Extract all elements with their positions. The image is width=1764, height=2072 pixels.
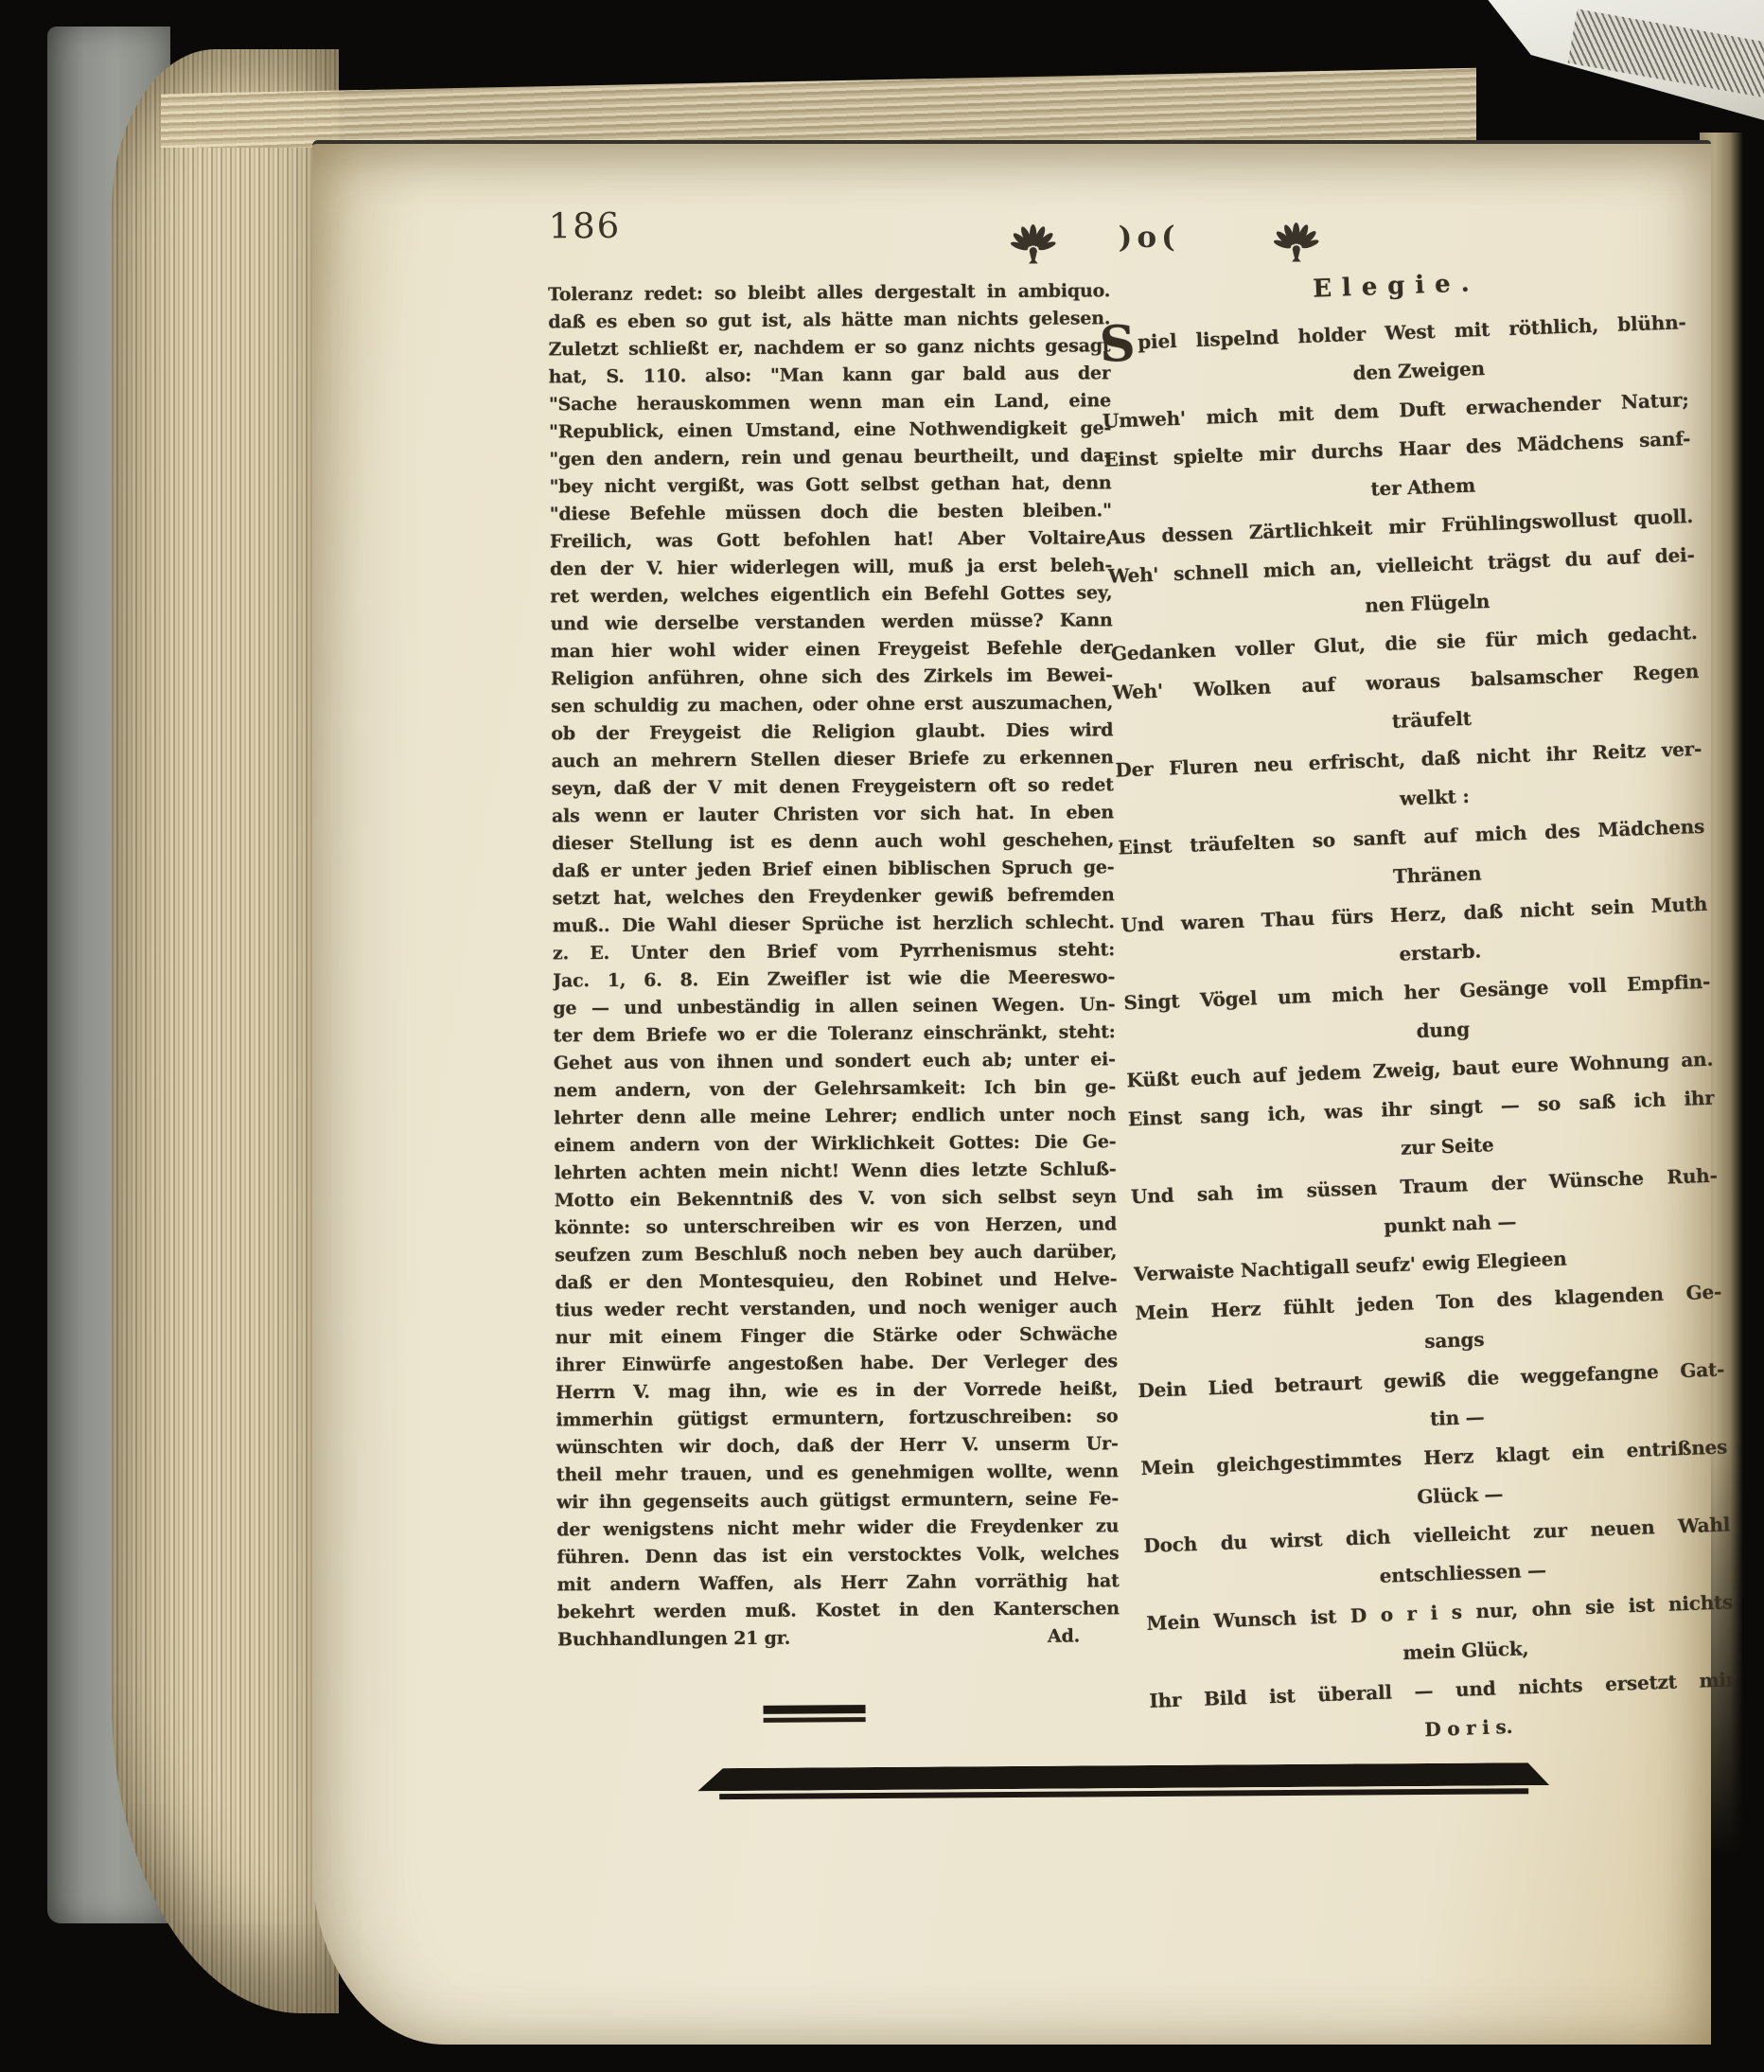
text-line: und wie derselbe verstanden werden müsse… (550, 607, 1112, 638)
page-stack-left-edge (112, 49, 339, 2013)
text-line: lehrter denn alle meine Lehrer; endlich … (554, 1101, 1116, 1132)
text-line: "gen den andern, rein und genau beurthei… (549, 442, 1111, 473)
closing-line: Buchhandlungen 21 gr. Ad. (557, 1622, 1120, 1654)
poem-line-text: ter Athem (1370, 473, 1475, 500)
text-line: Herrn V. mag ihn, wie es in der Vorrede … (556, 1375, 1118, 1407)
poem-column: Elegie. Spiel lispelnd holder West mit r… (1097, 254, 1738, 1760)
text-line: Zuletzt schließt er, nachdem er so ganz … (548, 332, 1110, 363)
text-line: lehrten achten mein nicht! Wenn dies let… (555, 1156, 1117, 1187)
text-line: Gehet aus von ihnen und sondert euch ab;… (554, 1046, 1116, 1077)
text-line: tius weder recht verstanden, und noch we… (556, 1293, 1118, 1324)
facing-page-corner (1457, 0, 1764, 131)
text-line: führen. Denn das ist ein verstocktes Vol… (556, 1540, 1119, 1571)
poem-line-text: sangs (1424, 1328, 1485, 1353)
text-line: muß.. Die Wahl dieser Sprüche ist herzli… (553, 909, 1115, 940)
text-line: "Republick, einen Umstand, eine Nothwend… (549, 415, 1111, 446)
text-line: nem andern, von der Gelehrsamkeit: Ich b… (554, 1073, 1116, 1105)
review-text-column: Toleranz redet: so bleibt alles dergesta… (548, 277, 1120, 1654)
text-line: daß es eben so gut ist, als hätte man ni… (548, 305, 1110, 336)
shell-ornament-icon (1274, 218, 1319, 265)
poem-line-text: mein Glück, (1402, 1637, 1529, 1664)
text-line: seyn, daß der V mit denen Freygeistern o… (552, 771, 1114, 803)
text-line: nur mit einem Finger die Stärke oder Sch… (556, 1320, 1118, 1352)
text-line: man hier wohl wider einen Freygeist Befe… (551, 634, 1113, 665)
closing-text: Buchhandlungen 21 gr. (557, 1625, 790, 1655)
text-line: z. E. Unter den Brief vom Pyrrhenismus s… (553, 936, 1115, 967)
text-line: theil mehr trauen, und es genehmigen wol… (556, 1458, 1119, 1489)
text-line: sen schuldig zu machen, oder ohne erst a… (551, 689, 1113, 720)
poem-line-text: punkt nah — (1384, 1210, 1517, 1237)
text-line: ter dem Briefe wo er die Toleranz einsch… (553, 1018, 1115, 1050)
poem-line-text: zur Seite (1401, 1133, 1494, 1160)
poem-line-text: erstarb. (1399, 940, 1481, 965)
text-line: Motto ein Bekenntniß des V. von sich sel… (555, 1183, 1117, 1214)
text-line: daß er den Montesquieu, den Robinet und … (555, 1266, 1117, 1297)
text-line: dieser Stellung ist es denn auch wohl ge… (552, 826, 1114, 858)
poem-line-text: welkt : (1400, 785, 1470, 810)
text-line: hat, S. 110. also: "Man kann gar bald au… (549, 360, 1111, 391)
poem-line-text: entschliessen — (1379, 1558, 1546, 1586)
text-line: ge — und unbeständig in allen seinen Weg… (553, 991, 1115, 1022)
text-line: einem andern von der Wirklichkeit Gottes… (554, 1128, 1116, 1160)
text-line: "bey nicht vergißt, was Gott selbst geth… (549, 469, 1111, 501)
poem-line-text: Thränen (1393, 861, 1482, 887)
text-line: der wenigstens nicht mehr wider die Frey… (556, 1513, 1119, 1544)
fore-edge-texture (1568, 9, 1764, 98)
text-line: auch an mehrern Stellen dieser Briefe zu… (551, 744, 1113, 775)
poem-line-text: nen Flügeln (1365, 590, 1491, 617)
poem-line-text: dung (1416, 1018, 1470, 1042)
text-line: als wenn er lauter Christen vor sich hat… (552, 799, 1114, 830)
column-separator-mark: )o( (1119, 221, 1180, 255)
reviewer-signature: Ad. (1048, 1622, 1120, 1651)
poem-line-text: tin — (1430, 1406, 1485, 1430)
poem-line-text: D o r i s. (1424, 1715, 1513, 1741)
text-line: Jac. 1, 6. 8. Ein Zweifler ist wie die M… (553, 964, 1115, 995)
text-line: setzt hat, welches den Freydenker gewiß … (552, 881, 1114, 912)
poem-line-text: Glück — (1417, 1482, 1504, 1508)
page-content: 186 )o( (306, 135, 1718, 2045)
page-bottom-rule (697, 1762, 1549, 1799)
text-line: Freilich, was Gott befohlen hat! Aber Vo… (550, 524, 1112, 556)
text-line: daß er unter jeden Brief einen biblische… (552, 854, 1114, 885)
text-line: wir ihn gegenseits auch gütigst ermunter… (556, 1485, 1119, 1516)
text-line: bekehrt werden muß. Kostet in den Kanter… (557, 1595, 1120, 1626)
text-line: seufzen zum Beschluß noch neben bey auch… (555, 1238, 1117, 1269)
text-line: immerhin gütigst ermuntern, fortzuschrei… (556, 1403, 1118, 1434)
page-stack-top-edge (161, 66, 1476, 148)
text-line: wünschten wir doch, daß der Herr V. unse… (556, 1430, 1119, 1461)
text-line: Religion anführen, ohne sich des Zirkels… (551, 662, 1113, 693)
shell-ornament-icon (1011, 220, 1056, 267)
text-line: könnte: so unterschreiben wir es von Her… (555, 1211, 1117, 1242)
section-divider (764, 1705, 866, 1723)
text-line: mit andern Waffen, als Herr Zahn vorräth… (557, 1567, 1120, 1599)
text-line: ob der Freygeist die Religion glaubt. Di… (551, 717, 1113, 748)
text-line: ihrer Einwürfe angestoßen habe. Der Verl… (556, 1348, 1118, 1379)
text-line: "Sache herauskommen wenn man ein Land, e… (549, 387, 1111, 418)
poem-line-text: träufelt (1391, 707, 1472, 733)
poem-line-text: den Zweigen (1352, 357, 1485, 384)
text-line: Toleranz redet: so bleibt alles dergesta… (548, 277, 1110, 309)
text-line: "diese Befehle müssen doch die besten bl… (550, 497, 1112, 528)
text-line: den der V. hier widerlegen will, muß ja … (550, 552, 1112, 583)
text-line: ret werden, welches eigentlich ein Befeh… (550, 579, 1112, 611)
